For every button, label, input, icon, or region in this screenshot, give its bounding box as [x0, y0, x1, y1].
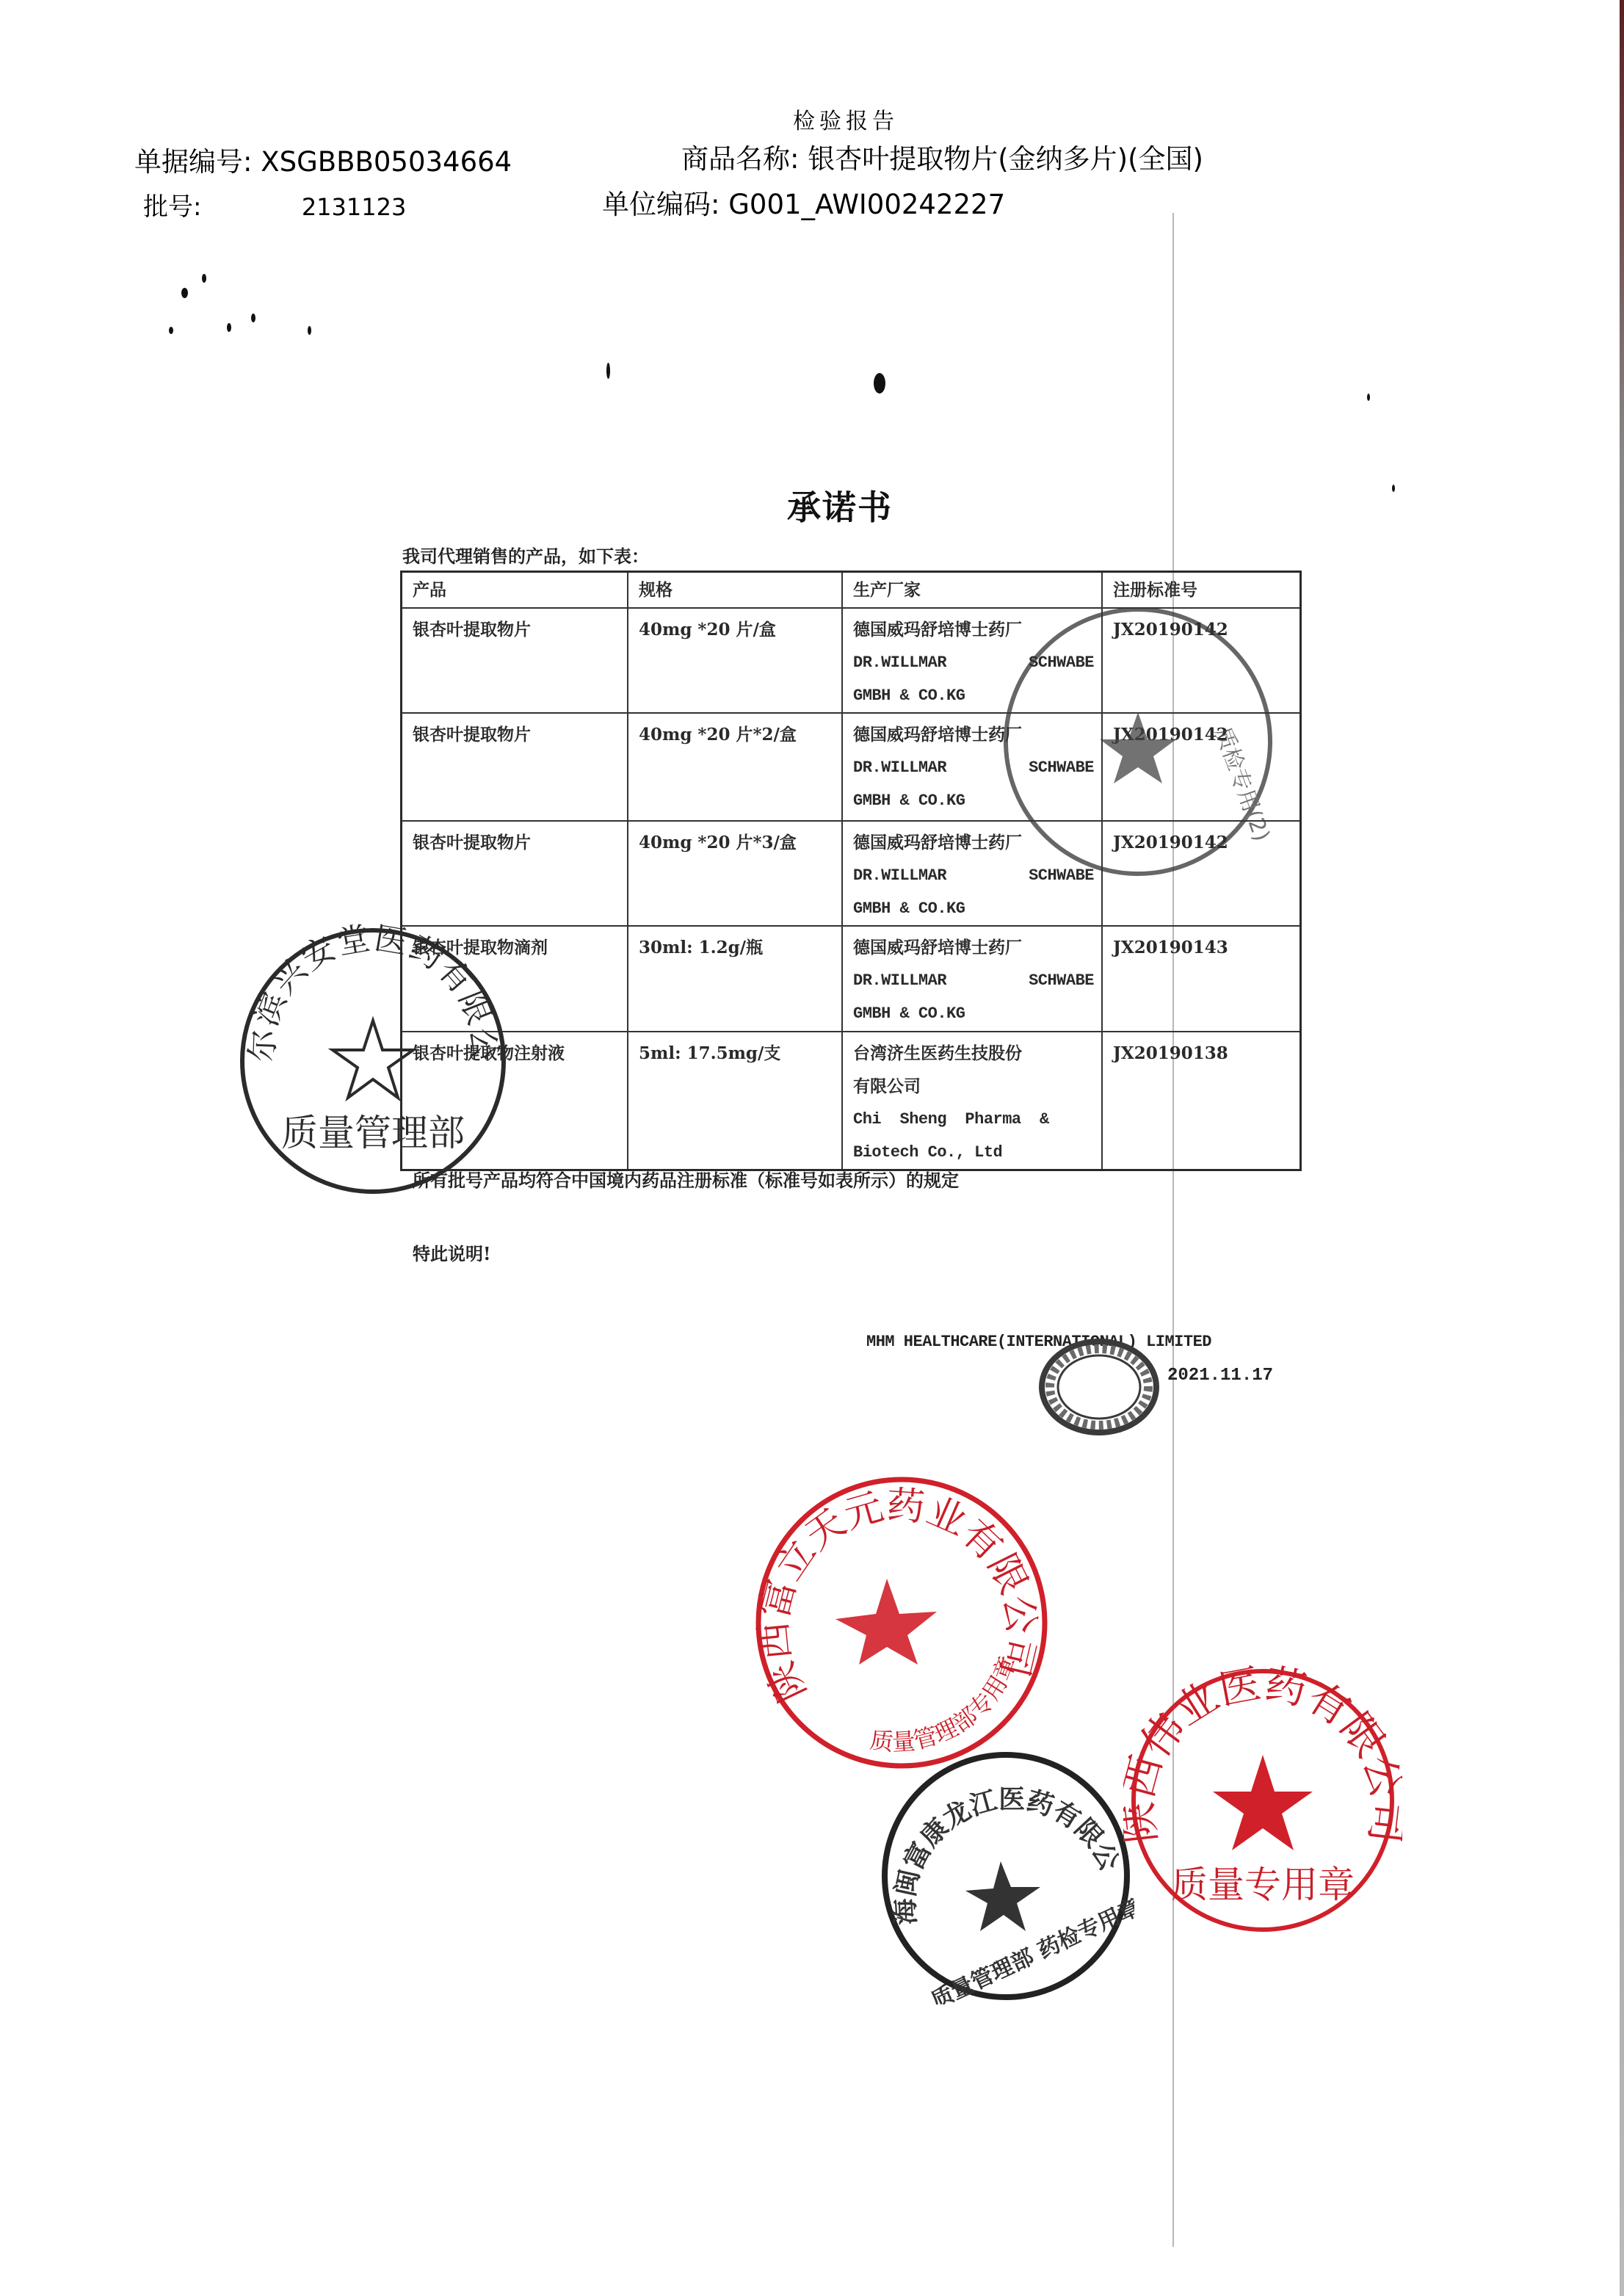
star-icon [965, 1861, 1040, 1931]
manufacturer-en-a: DR.WILLMAR [853, 751, 946, 784]
stamp-shanghai: 上海闽富康龙江医药有限公司 质量管理部 药检专用章 [877, 1748, 1134, 2005]
cell-reg-no: JX20190138 [1102, 1032, 1301, 1170]
table-row: 银杏叶提取物注射液 5ml: 17.5mg/支 台湾济生医药生技股份 有限公司 … [402, 1032, 1301, 1170]
stamp-top-right: 质检专用(2) [995, 598, 1281, 885]
scan-speck [202, 274, 206, 283]
signature-date: 2021.11.17 [1167, 1366, 1273, 1386]
star-icon [1100, 712, 1176, 783]
star-icon [1213, 1755, 1313, 1850]
unit-code-value: G001_AWI00242227 [728, 189, 1005, 220]
unit-code-label: 单位编码: [602, 182, 719, 222]
stamp-mhm [1037, 1338, 1161, 1437]
doc-number-value: XSGBBB05034664 [261, 146, 512, 178]
manufacturer-en-line1: DR.WILLMARSCHWABE [853, 964, 1094, 997]
manufacturer-cn: 台湾济生医药生技股份 [853, 1037, 1094, 1070]
scan-speck [251, 314, 255, 322]
table-row: 银杏叶提取物滴剂 30ml: 1.2g/瓶 德国威玛舒培博士药厂 DR.WILL… [402, 926, 1301, 1032]
manufacturer-en-a: DR.WILLMAR [853, 964, 946, 997]
stamp-harbin-center-text: 质量管理部 [281, 1112, 465, 1154]
stamp-shaanxi-weiye: 陕西伟业医药有限公司 质量专用章 [1123, 1661, 1402, 1940]
scan-speck [606, 363, 610, 379]
cell-spec: 30ml: 1.2g/瓶 [628, 926, 842, 1032]
stamp-weiye-center-text: 质量专用章 [1171, 1864, 1355, 1906]
cell-spec: 40mg *20 片*3/盒 [628, 821, 842, 926]
stamp-shaanxi-tianyuan: 陕西富立天元药业有限公司 质量管理部专用章 [747, 1472, 1056, 1773]
scan-speck [181, 288, 188, 298]
doc-number-field: 单据编号: XSGBBB05034664 [134, 140, 512, 179]
cell-product: 银杏叶提取物片 [402, 821, 628, 926]
scan-speck [169, 327, 173, 334]
cell-spec: 40mg *20 片/盒 [628, 608, 842, 713]
product-name-field: 商品名称: 银杏叶提取物片(金纳多片)(全国) [681, 137, 1203, 176]
header-spec: 规格 [628, 572, 842, 608]
cell-manufacturer: 德国威玛舒培博士药厂 DR.WILLMARSCHWABE GMBH & CO.K… [842, 926, 1102, 1032]
report-title: 检验报告 [793, 103, 899, 135]
manufacturer-en-line2: GMBH & CO.KG [853, 997, 1094, 1030]
cell-reg-no: JX20190143 [1102, 926, 1301, 1032]
manufacturer-en-line2: Biotech Co., Ltd [853, 1136, 1094, 1169]
stamp-harbin-quality: 哈尔滨兴安堂医药有限公司 质量管理部 [233, 921, 512, 1200]
stamp-tianyuan-center-text: 质量管理部专用章 [869, 1652, 1023, 1756]
batch-label: 批号: [143, 186, 294, 222]
product-name-label: 商品名称: [681, 137, 799, 176]
batch-value: 2131123 [302, 193, 407, 221]
header-product: 产品 [402, 572, 628, 608]
unit-code-field: 单位编码: G001_AWI00242227 [602, 182, 1005, 222]
scan-speck [227, 323, 231, 332]
cell-product: 银杏叶提取物片 [402, 713, 628, 821]
manufacturer-cn: 德国威玛舒培博士药厂 [853, 931, 1094, 964]
cell-product: 银杏叶提取物片 [402, 608, 628, 713]
product-name-value: 银杏叶提取物片(金纳多片)(全国) [808, 143, 1203, 175]
cell-spec: 5ml: 17.5mg/支 [628, 1032, 842, 1170]
doc-number-label: 单据编号: [134, 140, 252, 179]
manufacturer-en-a: DR.WILLMAR [853, 859, 946, 892]
manufacturer-en-a: DR.WILLMAR [853, 646, 946, 679]
manufacturer-cn-2: 有限公司 [853, 1070, 1094, 1103]
letter-intro: 我司代理销售的产品，如下表： [402, 542, 649, 568]
cell-spec: 40mg *20 片*2/盒 [628, 713, 842, 821]
scan-speck [1392, 485, 1395, 492]
scan-speck [874, 373, 885, 394]
manufacturer-en-line2: GMBH & CO.KG [853, 892, 1094, 925]
scan-speck [308, 326, 311, 335]
svg-text:质量管理部专用章: 质量管理部专用章 [869, 1652, 1023, 1756]
paper-fold-line [1172, 213, 1174, 2247]
manufacturer-en-line1: Chi Sheng Pharma & [853, 1103, 1094, 1136]
star-icon [333, 1021, 413, 1098]
scan-speck [1367, 394, 1370, 401]
scan-edge [1620, 0, 1624, 2296]
letter-title: 承诺书 [787, 481, 893, 529]
cell-manufacturer: 台湾济生医药生技股份 有限公司 Chi Sheng Pharma & Biote… [842, 1032, 1102, 1170]
closing-note: 特此说明! [413, 1239, 491, 1265]
manufacturer-en-b: SCHWABE [1029, 964, 1094, 997]
batch-field: 批号: 2131123 [143, 186, 406, 222]
star-icon [835, 1579, 937, 1665]
